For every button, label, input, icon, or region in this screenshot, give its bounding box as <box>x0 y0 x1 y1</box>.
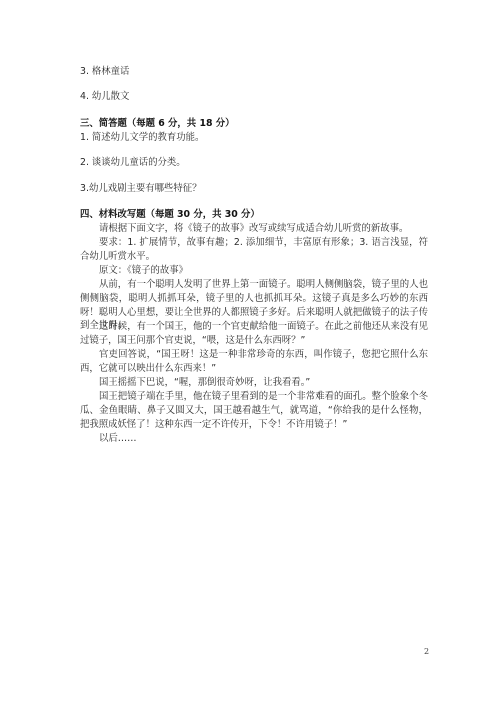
list-item-grimm-fairy-tales: 3. 格林童话 <box>80 66 129 78</box>
document-page: 3. 格林童话 4. 幼儿散文 三、简答题（每题 6 分，共 18 分） 1. … <box>0 0 500 707</box>
story-paragraph-3: 官吏回答说，“国王呀！这是一种非常珍奇的东西，叫作镜子，您把它照什么东西，它就可… <box>80 348 428 376</box>
source-title: 原文：《镜子的故事》 <box>80 264 428 278</box>
list-item-children-prose: 4. 幼儿散文 <box>80 91 129 103</box>
page-number: 2 <box>424 647 429 656</box>
question-2: 2. 谈谈幼儿童话的分类。 <box>80 157 186 169</box>
section-4-heading: 四、材料改写题（每题 30 分，共 30 分） <box>80 209 260 221</box>
story-paragraph-6: 以后…… <box>80 432 428 446</box>
section-3-heading: 三、简答题（每题 6 分，共 18 分） <box>80 118 235 130</box>
story-paragraph-2: 这时候，有一个国王，他的一个官吏献给他一面镜子。在此之前他还从来没有见过镜子，国… <box>80 320 428 348</box>
question-1: 1. 简述幼儿文学的教育功能。 <box>80 132 204 144</box>
story-paragraph-5: 国王把镜子端在手里，他在镜子里看到的是一个非常难看的面孔。整个脸象个冬瓜、金鱼眼… <box>80 390 428 431</box>
story-paragraph-4: 国王摇摇下巴说，“喔，那倒很奇妙呀，让我看看。” <box>80 376 428 390</box>
instruction-text: 请根据下面文字，将《镜子的故事》改写或续写成适合幼儿听赏的新故事。 <box>80 222 428 236</box>
question-3: 3.幼儿戏剧主要有哪些特征？ <box>80 183 201 195</box>
requirements-text: 要求：1. 扩展情节，故事有趣；2. 添加细节，丰富原有形象；3. 语言浅显，符… <box>80 236 428 264</box>
